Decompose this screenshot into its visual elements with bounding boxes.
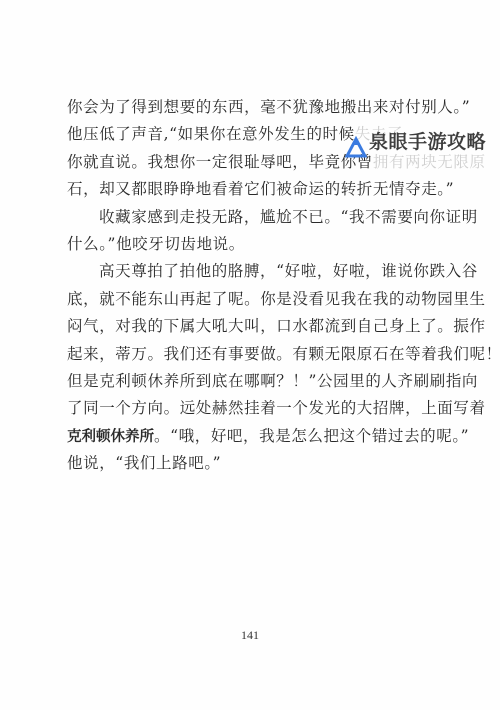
text-segment: 他压低了声音,“如果你在意外发生的时候 [67,125,355,143]
text-line: 克利顿休养所。“哦，好吧，我是怎么把这个错过去的呢。” [67,423,437,450]
paragraph-start-line: 收藏家感到走投无路，尴尬不已。“我不需要向你证明 [67,204,437,231]
text-line: 起来，蒂万。我们还有事要做。有颗无限原石在等着我们呢！ [67,341,437,368]
text-line: 你会为了得到想要的东西，毫不犹豫地搬出来对付别人。” [67,94,437,121]
text-line: 闷气，对我的下属大吼大叫，口水都流到自己身上了。振作 [67,313,437,340]
text-line: 但是克利顿休养所到底在哪啊？！”公园里的人齐刷刷指向 [67,368,437,395]
bold-place-name: 克利顿休养所 [67,429,154,445]
triangle-logo-icon [345,136,367,158]
paragraph-start-line: 高天尊拍了拍他的胳膊，“好啦，好啦，谁说你跌入谷 [67,258,437,285]
text-line: 他说，“我们上路吧。” [67,450,437,477]
watermark-text: 泉眼手游攻略 [369,127,486,154]
watermark: 泉眼手游攻略 [345,127,486,154]
text-segment-obscured: 拥有两块无限原 [373,153,486,171]
book-page: 你会为了得到想要的东西，毫不犹豫地搬出来对付别人。” 他压低了声音,“如果你在意… [0,0,500,710]
text-line: 石，却又都眼睁睁地看着它们被命运的转折无情夺走。” [67,176,437,203]
text-segment: 你就直说。我想你一定很耻辱吧，毕竟你曾 [67,153,373,171]
text-line: 底，就不能东山再起了呢。你是没看见我在我的动物园里生 [67,286,437,313]
text-line: 什么。”他咬牙切齿地说。 [67,231,437,258]
text-segment: 。“哦，好吧，我是怎么把这个错过去的呢。” [154,427,469,445]
text-line: 了同一个方向。远处赫然挂着一个发光的大招牌，上面写着 [67,395,437,422]
page-number: 141 [0,628,500,643]
